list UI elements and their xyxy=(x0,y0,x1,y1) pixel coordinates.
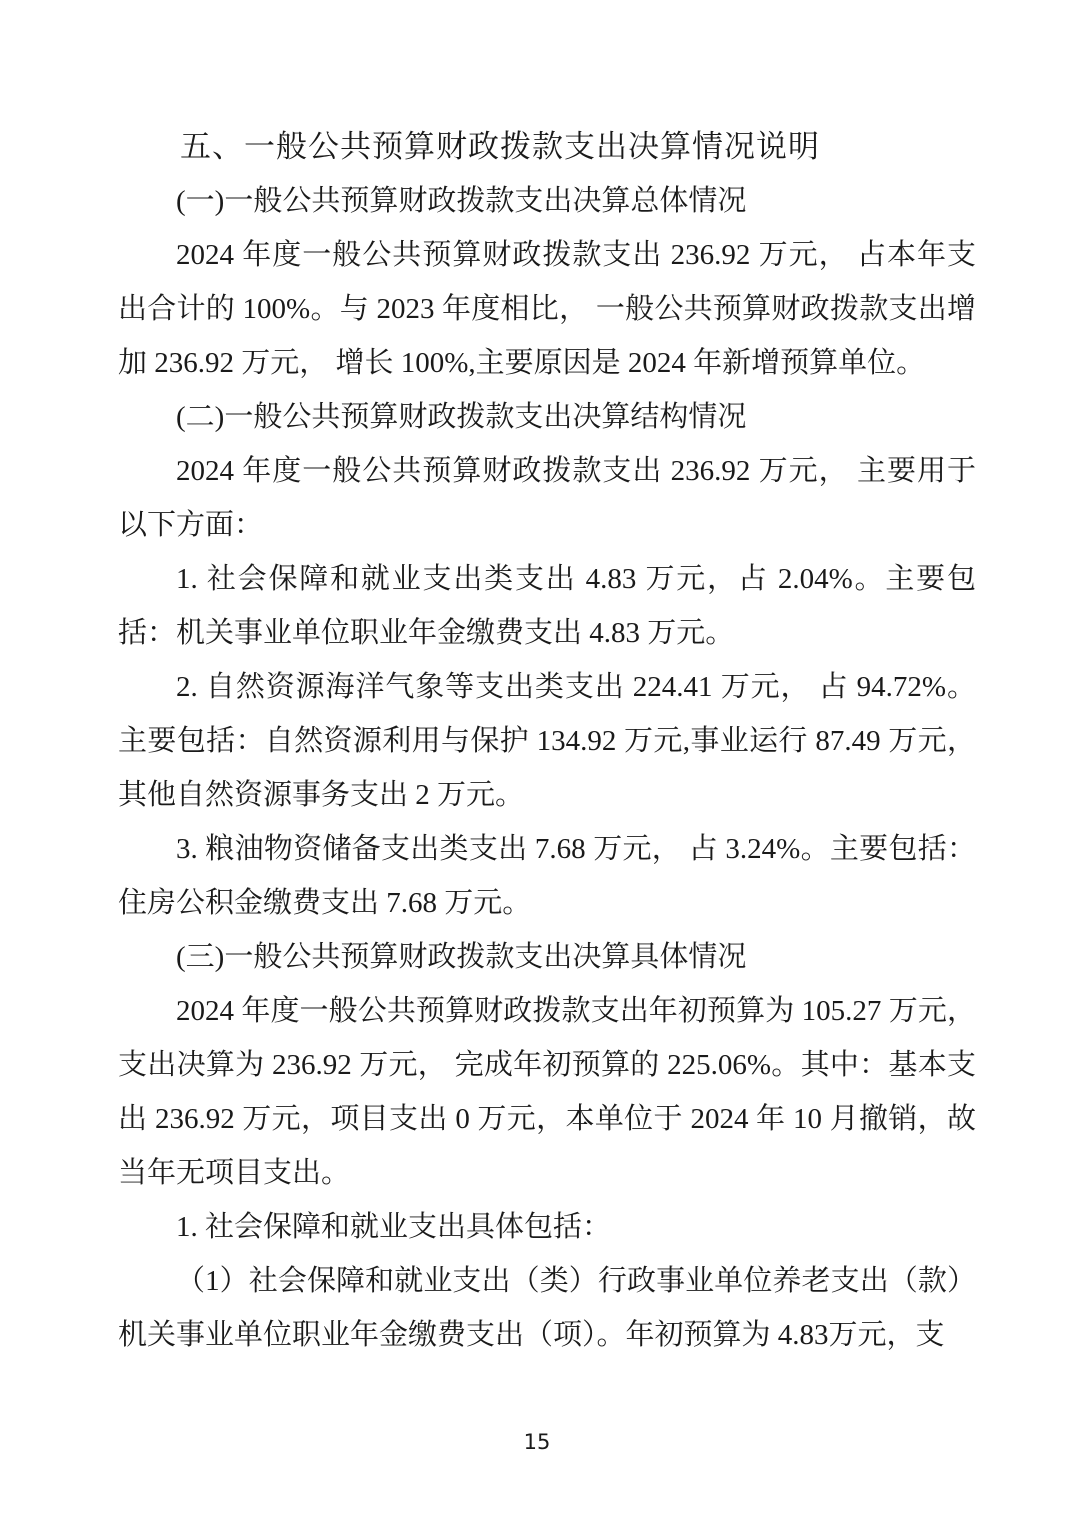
section-heading-1: (一)一般公共预算财政拨款支出决算总体情况 xyxy=(118,174,976,228)
paragraph: 3. 粮油物资储备支出类支出 7.68 万元， 占 3.24%。主要包括：住房公… xyxy=(118,822,976,930)
section-structure-situation: (二)一般公共预算财政拨款支出决算结构情况 2024 年度一般公共预算财政拨款支… xyxy=(118,390,976,930)
section-overall-situation: (一)一般公共预算财政拨款支出决算总体情况 2024 年度一般公共预算财政拨款支… xyxy=(118,174,976,390)
document-body: 五、一般公共预算财政拨款支出决算情况说明 (一)一般公共预算财政拨款支出决算总体… xyxy=(118,120,976,1362)
section-heading-3: (三)一般公共预算财政拨款支出决算具体情况 xyxy=(118,930,976,984)
paragraph: 2024 年度一般公共预算财政拨款支出 236.92 万元， 主要用于以下方面： xyxy=(118,444,976,552)
paragraph: 2024 年度一般公共预算财政拨款支出 236.92 万元， 占本年支出合计的 … xyxy=(118,228,976,390)
paragraph: 1. 社会保障和就业支出具体包括： xyxy=(118,1200,976,1254)
paragraph: 2024 年度一般公共预算财政拨款支出年初预算为 105.27 万元，支出决算为… xyxy=(118,984,976,1200)
document-page: 五、一般公共预算财政拨款支出决算情况说明 (一)一般公共预算财政拨款支出决算总体… xyxy=(0,0,1074,1520)
section-specific-situation: (三)一般公共预算财政拨款支出决算具体情况 2024 年度一般公共预算财政拨款支… xyxy=(118,930,976,1362)
paragraph: （1）社会保障和就业支出（类）行政事业单位养老支出（款）机关事业单位职业年金缴费… xyxy=(118,1254,976,1362)
document-title: 五、一般公共预算财政拨款支出决算情况说明 xyxy=(118,120,976,174)
page-number: 15 xyxy=(0,1430,1074,1454)
paragraph: 2. 自然资源海洋气象等支出类支出 224.41 万元， 占 94.72%。主要… xyxy=(118,660,976,822)
paragraph: 1. 社会保障和就业支出类支出 4.83 万元，占 2.04%。主要包括：机关事… xyxy=(118,552,976,660)
section-heading-2: (二)一般公共预算财政拨款支出决算结构情况 xyxy=(118,390,976,444)
